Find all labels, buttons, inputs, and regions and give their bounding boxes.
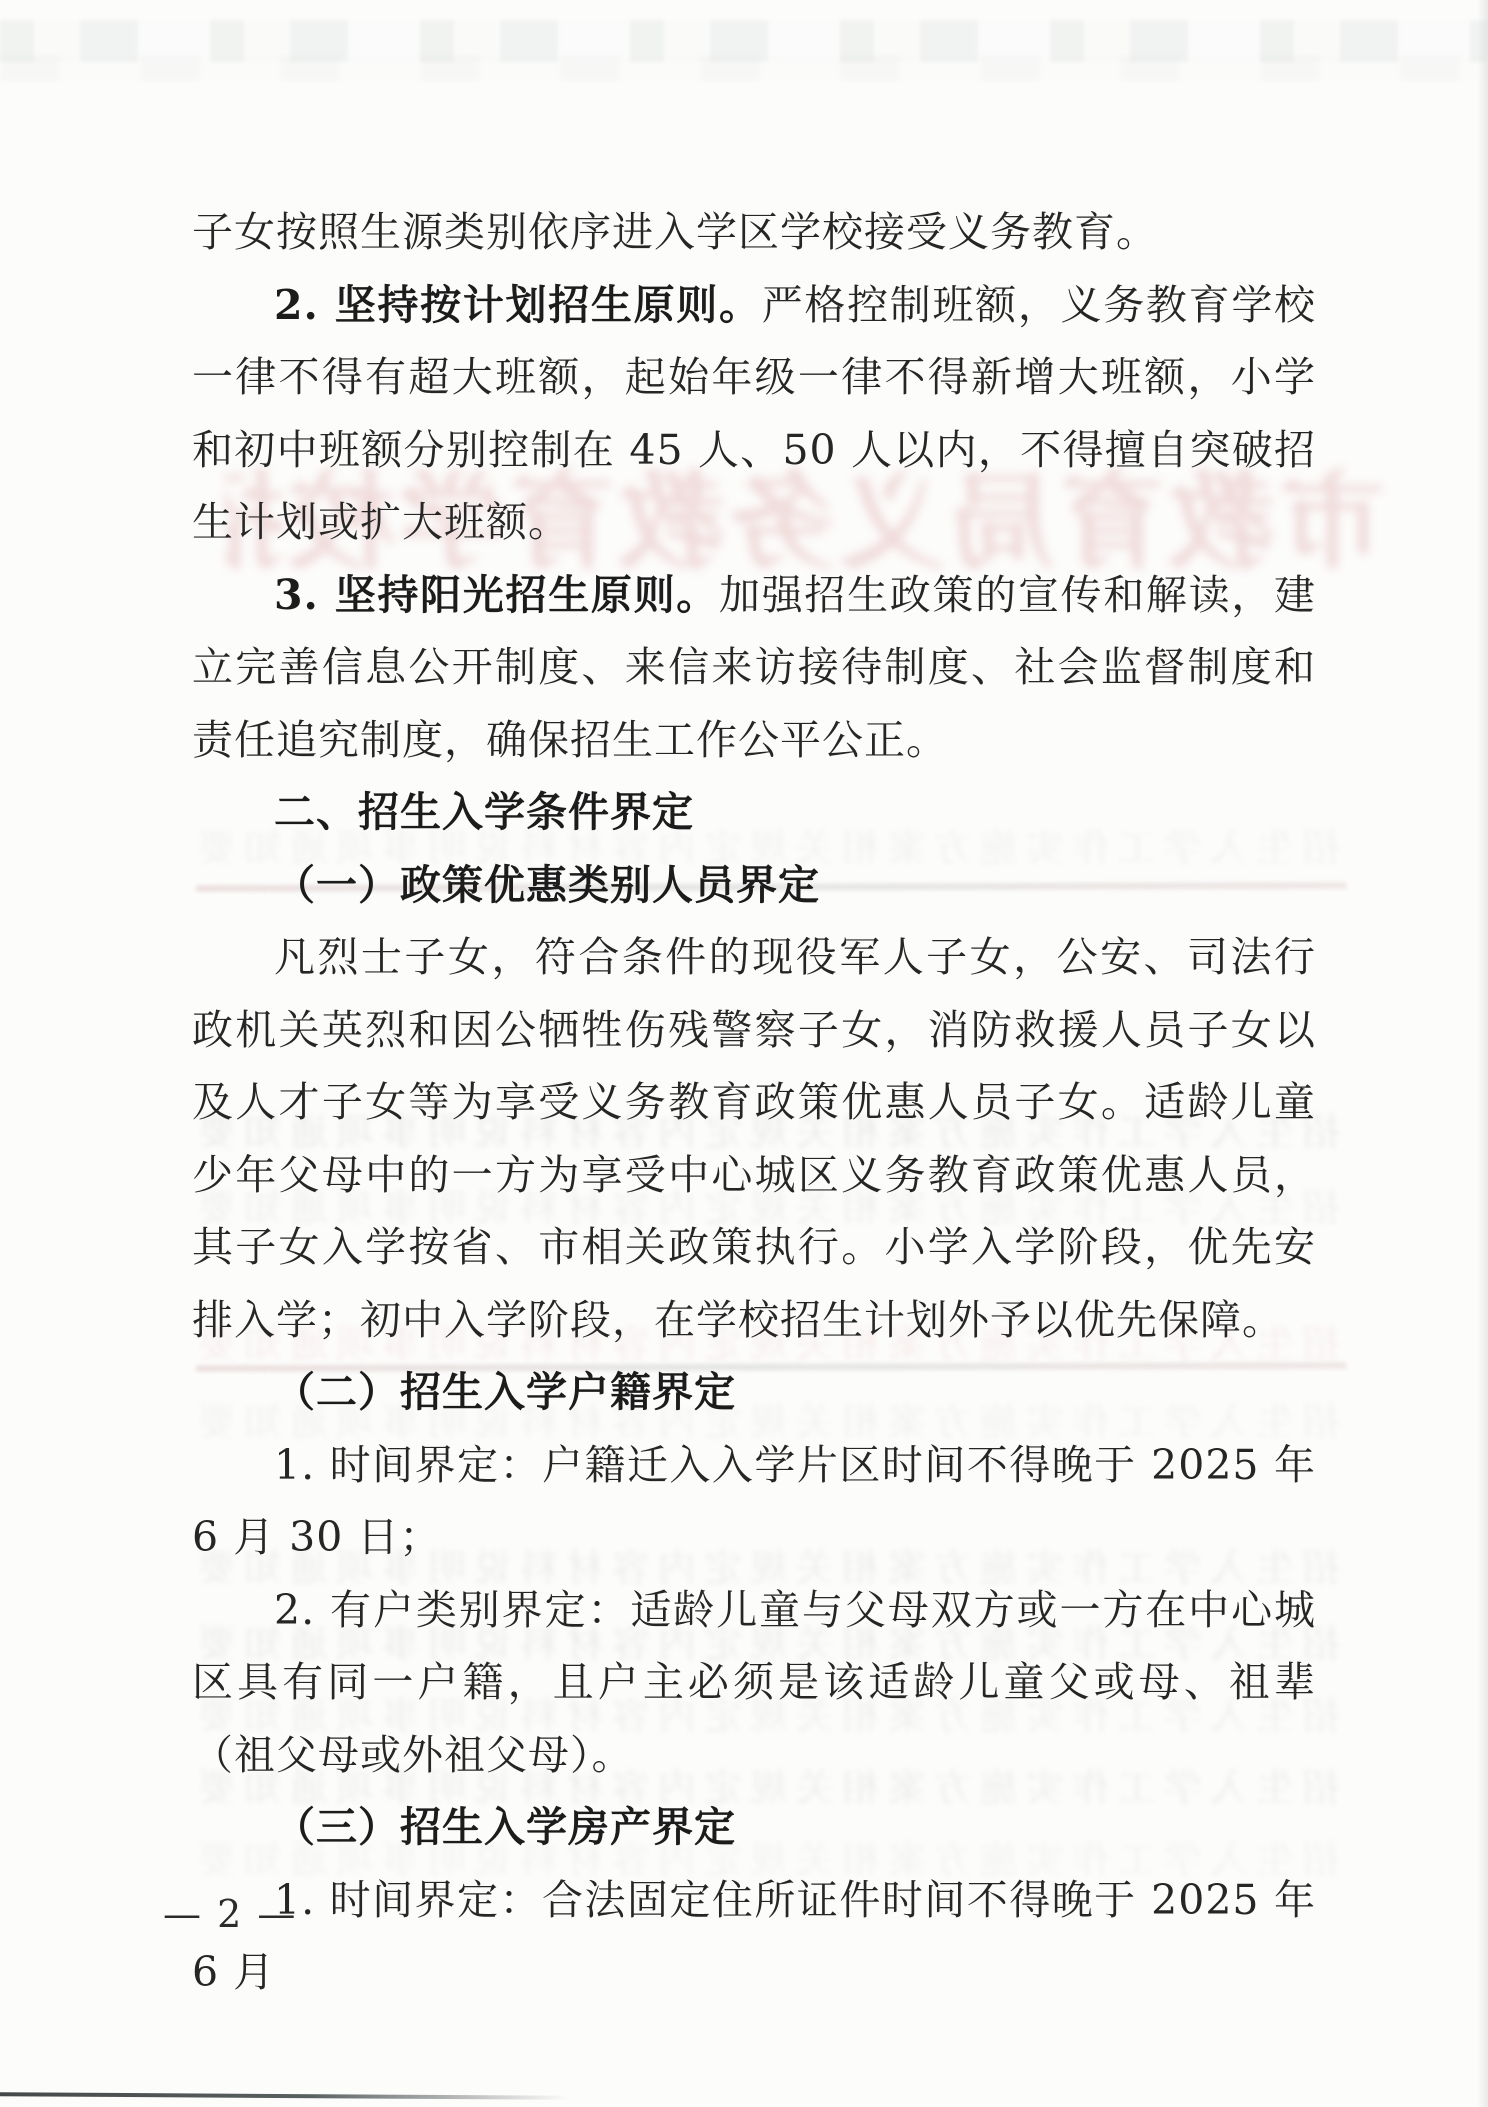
- document-body: 子女按照生源类别依序进入学区学校接受义务教育。2. 坚持按计划招生原则。严格控制…: [192, 196, 1316, 2009]
- text-segment: （二）招生入学户籍界定: [274, 1368, 736, 1416]
- paragraph: 二、招生入学条件界定: [192, 776, 1316, 849]
- paragraph: 凡烈士子女，符合条件的现役军人子女，公安、司法行政机关英烈和因公牺牲伤残警察子女…: [192, 921, 1316, 1356]
- paragraph: （二）招生入学户籍界定: [192, 1356, 1316, 1429]
- document-page: 市教育局义务教育学校招生文件 招生入学工作实施方案相关规定内容材料说明事项通知要…: [0, 0, 1488, 2107]
- paragraph: 1. 时间界定：户籍迁入入学片区时间不得晚于 2025 年 6 月 30 日；: [192, 1429, 1316, 1574]
- paragraph: 2. 有户类别界定：适龄儿童与父母双方或一方在中心城区具有同一户籍，且户主必须是…: [192, 1574, 1316, 1792]
- text-segment: 1. 时间界定：户籍迁入入学片区时间不得晚于 2025 年 6 月 30 日；: [192, 1441, 1316, 1562]
- text-segment: 2. 有户类别界定：适龄儿童与父母双方或一方在中心城区具有同一户籍，且户主必须是…: [192, 1586, 1316, 1779]
- text-segment: 二、招生入学条件界定: [274, 788, 694, 836]
- scan-edge-band: [1477, 0, 1488, 2107]
- text-segment: （一）政策优惠类别人员界定: [274, 861, 820, 909]
- paragraph: 子女按照生源类别依序进入学区学校接受义务教育。: [192, 196, 1316, 269]
- paragraph: （三）招生入学房产界定: [192, 1791, 1316, 1864]
- text-segment: 凡烈士子女，符合条件的现役军人子女，公安、司法行政机关英烈和因公牺牲伤残警察子女…: [192, 933, 1316, 1344]
- scan-edge-line: [0, 2092, 569, 2100]
- paragraph: 1. 时间界定：合法固定住所证件时间不得晚于 2025 年 6 月: [192, 1864, 1316, 2009]
- scan-noise-band: [0, 55, 1488, 81]
- text-segment: 子女按照生源类别依序进入学区学校接受义务教育。: [192, 208, 1158, 256]
- text-segment: 1. 时间界定：合法固定住所证件时间不得晚于 2025 年 6 月: [192, 1876, 1316, 1997]
- text-segment: 2. 坚持按计划招生原则。: [274, 281, 762, 329]
- text-segment: 3. 坚持阳光招生原则。: [274, 571, 719, 619]
- text-segment: （三）招生入学房产界定: [274, 1803, 736, 1851]
- page-number: — 2 —: [163, 1892, 297, 1936]
- paragraph: （一）政策优惠类别人员界定: [192, 849, 1316, 922]
- paragraph: 3. 坚持阳光招生原则。加强招生政策的宣传和解读，建立完善信息公开制度、来信来访…: [192, 559, 1316, 777]
- paragraph: 2. 坚持按计划招生原则。严格控制班额，义务教育学校一律不得有超大班额，起始年级…: [192, 269, 1316, 559]
